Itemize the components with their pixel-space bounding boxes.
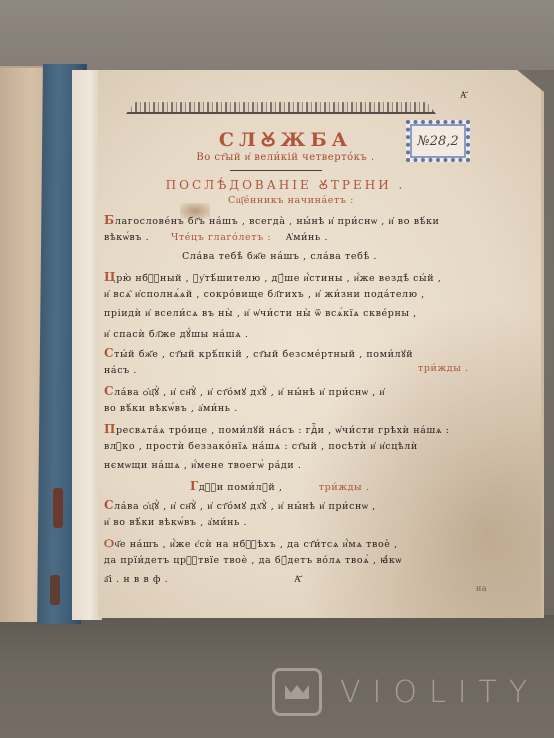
section-heading: ПОСЛѢ́ДОВАНІЕ Ꙋ́ТРЕНИ . — [98, 176, 473, 193]
text-line: на́съ . — [104, 365, 137, 376]
text-line: вѣкѡ́въ . Чте́цъ глаго́летъ : А҆ми́нь . — [104, 232, 328, 243]
watermark-text: VIOLITY — [340, 675, 539, 710]
text-line: Сты́й бж҃е , ст҃ый крѣ́пкій , ст҃ый безс… — [104, 346, 413, 360]
text-line: во вѣ́ки вѣкѡ́въ , а҆ми́нь . — [104, 403, 238, 414]
text-line: влⷣко , простѝ беззако́нїѧ на́шѧ : ст҃ый… — [104, 441, 418, 452]
text-line: Гдⷭ҇и поми́лꙋй , три́жды . — [190, 479, 369, 493]
folio-mark: А҃ — [460, 90, 467, 101]
text-line: Сла́ва тебѣ̀ бж҃е на́шъ , сла́ва тебѣ̀ . — [182, 251, 377, 262]
rubric-line: три́жды . — [418, 363, 469, 374]
text-line: да прїи́детъ црⷭ҇твїе твоѐ , да бꙋ́детъ … — [104, 555, 402, 566]
page-title: СЛꙊЖБА — [98, 126, 473, 152]
text-line: Сла́ва ѻ҆ц҃ꙋ̀ , и҆ сн҃ꙋ̀ , и҆ ст҃о́мꙋ дх… — [104, 384, 385, 398]
rubric-line: Сщ҃е́нникъ начина́етъ : — [228, 195, 354, 206]
text-line: Ѻч҃е на́шъ , и҆́же є҆сѝ на нбⷭ҇ѣхъ , да … — [104, 536, 398, 551]
text-line: пріидѝ и҆ всели́сѧ въ ны̀ , и҆ ѡ҆чи́сти … — [104, 308, 417, 319]
crown-icon — [285, 685, 309, 699]
watermark: VIOLITY — [272, 668, 539, 716]
book-page: А҃ №28,2 СЛꙊЖБА Во ст҃ый и҆ вели́кій чет… — [98, 70, 544, 618]
catchword: на — [476, 584, 487, 593]
page-subtitle: Во ст҃ый и҆ вели́кій четверто́къ . — [98, 152, 473, 163]
divider — [230, 170, 322, 171]
spine-damage — [53, 488, 63, 528]
gutter-strip — [72, 70, 102, 620]
text-line: и҆ всѧ̑ и҆сполнѧ́ѧй , сокро́вище бл҃гихъ… — [104, 289, 425, 300]
table-surface — [0, 0, 554, 70]
text-line: Црю̀ нбⷭ҇ный , ᲂу҆тѣ́шителю , дꙋ́ше и҆́с… — [104, 270, 441, 284]
text-line: а҃і . н в в ф . — [104, 574, 168, 585]
text-line: и҆ спасѝ бл҃же дꙋ́шы на́шѧ . — [104, 327, 249, 340]
text-line: Сла́ва ѻ҆ц҃ꙋ̀ , и҆ сн҃ꙋ̀ , и҆ ст҃о́мꙋ дх… — [104, 498, 376, 512]
spine-damage — [50, 575, 60, 605]
watermark-logo — [272, 668, 322, 716]
text-line: и҆ во вѣ́ки вѣкѡ́въ , а҆ми́нь . — [104, 517, 247, 528]
text-line: Пресвѧта́ѧ тро́ице , поми́лꙋй на́съ : гд… — [104, 422, 450, 436]
text-line: Благослове́нъ бг҃ъ на́шъ , всегда̀ , ны́… — [104, 213, 439, 227]
ornamental-headpiece — [126, 100, 436, 114]
text-line: нємѡщи на́шѧ , и҆́мене твоегѡ̀ ра́ди . — [104, 460, 302, 471]
signature-mark: А҃ — [294, 574, 301, 585]
